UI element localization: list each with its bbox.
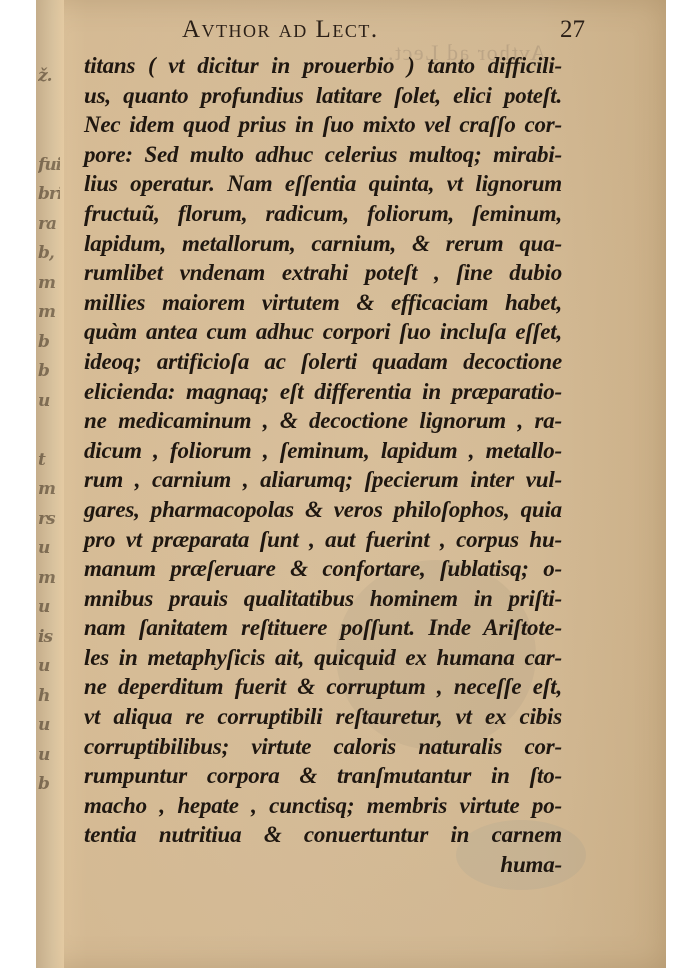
text-line: fructuũ, florum, radicum, foliorum, ſemi…	[84, 199, 562, 229]
text-line: pro vt præparata ſunt , aut fuerint , co…	[84, 525, 562, 555]
book-page: ž. fuis bri- ra b, m m b b u t m rs u m …	[36, 0, 666, 968]
text-line: rum , carnium , aliarumq; ſpecierum inte…	[84, 465, 562, 495]
text-line: titans ( vt dicitur in prouerbio ) tanto…	[84, 51, 562, 81]
text-line: ne medicaminum , & decoctione lignorum ,…	[84, 406, 562, 436]
text-line: tentia nutritiua & conuertuntur in carne…	[84, 820, 562, 850]
text-line: mnibus prauis qualitatibus hominem in pr…	[84, 584, 562, 614]
text-line: corruptibilibus; virtute caloris natural…	[84, 732, 562, 762]
text-line: ne deperditum fuerit & corruptum , neceſ…	[84, 672, 562, 702]
text-line: macho , hepate , cunctisq; membris virtu…	[84, 791, 562, 821]
text-line: lapidum, metallorum, carnium, & rerum qu…	[84, 229, 562, 259]
text-line: lius operatur. Nam eſſentia quinta, vt l…	[84, 169, 562, 199]
running-head: Avthor ad Lect.	[182, 16, 379, 44]
text-line: gares, pharmacopolas & veros philoſophos…	[84, 495, 562, 525]
text-line: vt aliqua re corruptibili reſtauretur, v…	[84, 702, 562, 732]
catchword: huma-	[84, 850, 562, 880]
text-line: rumpuntur corpora & tranſmutantur in ſto…	[84, 761, 562, 791]
text-line: elicienda: magnaq; eſt differentia in pr…	[84, 377, 562, 407]
text-line: quàm antea cum adhuc corpori ſuo incluſa…	[84, 317, 562, 347]
text-line: Nec idem quod prius in ſuo mixto vel cra…	[84, 110, 562, 140]
gutter-bleed-fragments: ž. fuis bri- ra b, m m b b u t m rs u m …	[38, 62, 60, 862]
text-line: pore: Sed multo adhuc celerius multoq; m…	[84, 140, 562, 170]
text-line: dicum , foliorum , ſeminum, lapidum , me…	[84, 436, 562, 466]
text-line: rumlibet vndenam extrahi poteſt , ſine d…	[84, 258, 562, 288]
text-line: ideoq; artificioſa ac ſolerti quadam dec…	[84, 347, 562, 377]
body-text: titans ( vt dicitur in prouerbio ) tanto…	[84, 51, 562, 880]
text-line: us, quanto profundius latitare ſolet, el…	[84, 81, 562, 111]
text-line: manum præſeruare & confortare, ſublatisq…	[84, 554, 562, 584]
page-number: 27	[560, 16, 585, 44]
text-line: les in metaphyſicis ait, quicquid ex hum…	[84, 643, 562, 673]
text-line: nam ſanitatem reſtituere poſſunt. Inde A…	[84, 613, 562, 643]
text-line: millies maiorem virtutem & efficaciam ha…	[84, 288, 562, 318]
